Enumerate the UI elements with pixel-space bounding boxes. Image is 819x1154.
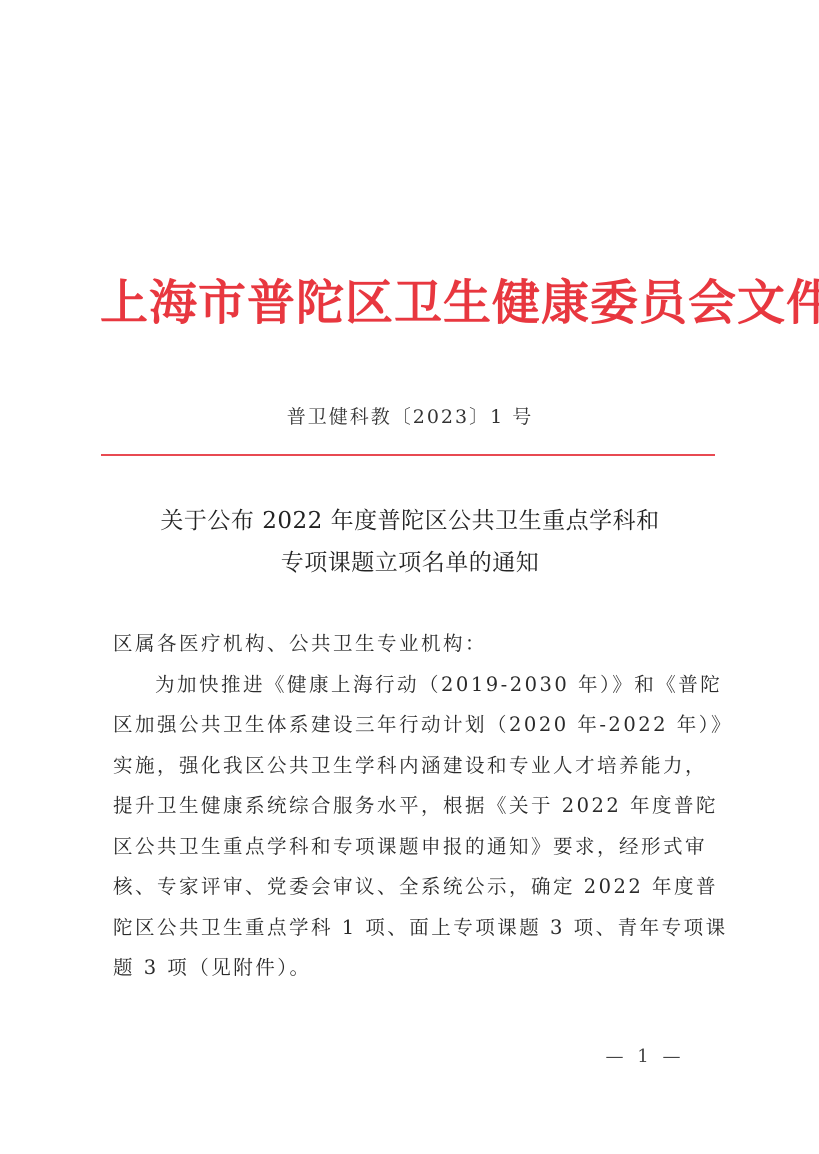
paragraph-line: 提升卫生健康系统综合服务水平，根据《关于 2022 年度普陀 <box>113 786 703 827</box>
body-text: 区属各医疗机构、公共卫生专业机构： 为加快推进《健康上海行动（2019-2030… <box>113 624 703 989</box>
salutation: 区属各医疗机构、公共卫生专业机构： <box>113 624 703 665</box>
paragraph-line: 核、专家评审、党委会审议、全系统公示，确定 2022 年度普 <box>113 867 703 908</box>
notice-title: 关于公布 2022 年度普陀区公共卫生重点学科和 专项课题立项名单的通知 <box>100 500 720 584</box>
issuer-title: 上海市普陀区卫生健康委员会文件 <box>100 270 720 336</box>
page-number: — 1 — <box>590 1046 700 1067</box>
paragraph-line: 题 3 项（见附件）。 <box>113 948 703 989</box>
paragraph-line: 为加快推进《健康上海行动（2019-2030 年）》和《普陀 <box>113 665 703 706</box>
paragraph-line: 实施，强化我区公共卫生学科内涵建设和专业人才培养能力， <box>113 746 703 787</box>
document-number: 普卫健科教〔2023〕1 号 <box>100 402 720 432</box>
paragraph-line: 区公共卫生重点学科和专项课题申报的通知》要求，经形式审 <box>113 827 703 868</box>
notice-title-line: 关于公布 2022 年度普陀区公共卫生重点学科和 <box>100 500 720 542</box>
paragraph-line: 区加强公共卫生体系建设三年行动计划（2020 年-2022 年）》 <box>113 705 703 746</box>
notice-title-line: 专项课题立项名单的通知 <box>100 542 720 584</box>
red-divider <box>101 454 715 456</box>
paragraph-line: 陀区公共卫生重点学科 1 项、面上专项课题 3 项、青年专项课 <box>113 908 703 949</box>
